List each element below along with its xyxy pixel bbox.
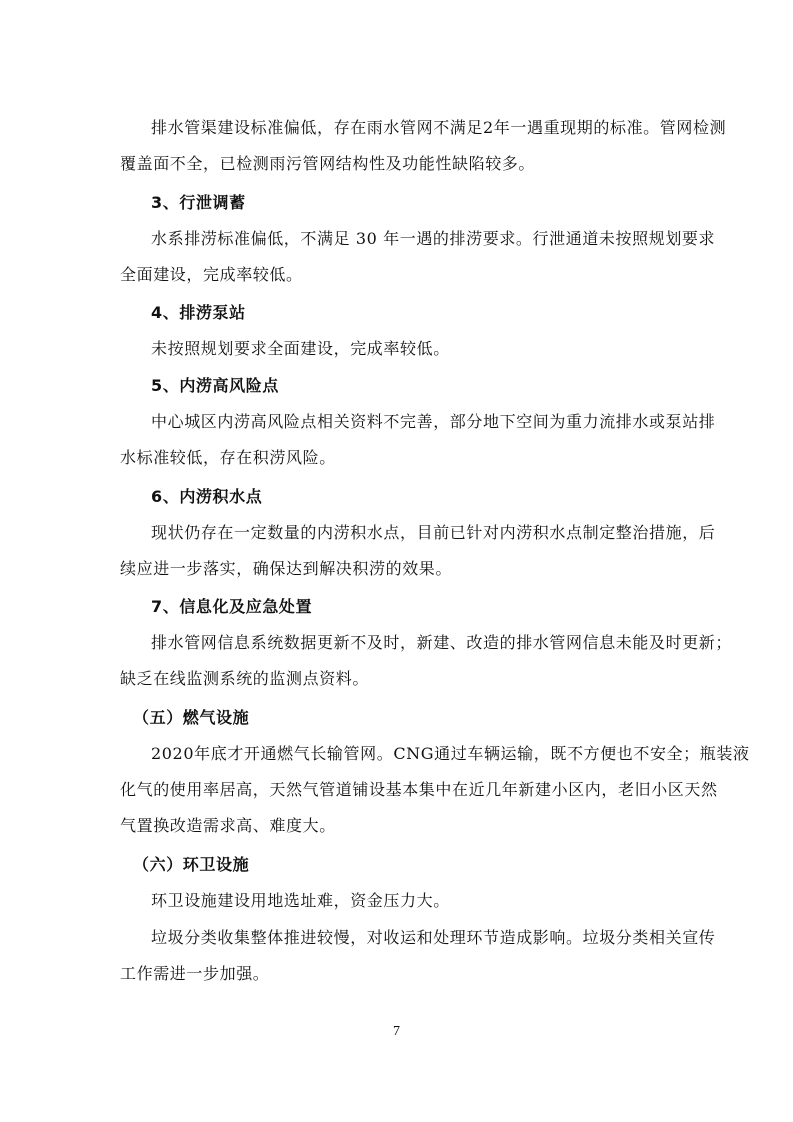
page-number: 7: [0, 1024, 793, 1040]
paragraph-line: 排水管网信息系统数据更新不及时，新建、改造的排水管网信息未能及时更新；: [151, 633, 711, 653]
paragraph-line: 环卫设施建设用地选址难，资金压力大。: [151, 891, 711, 911]
paragraph-line: 现状仍存在一定数量的内涝积水点，目前已针对内涝积水点制定整治措施，后: [151, 523, 711, 543]
paragraph-line: 2020年底才开通燃气长输管网。CNG通过车辆运输，既不方便也不安全；瓶装液: [151, 744, 711, 764]
section-heading: 6、内涝积水点: [151, 487, 711, 507]
paragraph-line: 全面建设，完成率较低。: [120, 265, 680, 285]
paragraph-line: 化气的使用率居高，天然气管道铺设基本集中在近几年新建小区内，老旧小区天然: [120, 780, 680, 800]
paragraph-line: 水标准较低，存在积涝风险。: [120, 448, 680, 468]
section-heading: 3、行泄调蓄: [151, 193, 711, 213]
paragraph-line: 工作需进一步加强。: [120, 964, 680, 984]
section-heading: 7、信息化及应急处置: [151, 597, 711, 617]
paragraph-line: 续应进一步落实，确保达到解决积涝的效果。: [120, 559, 680, 579]
paragraph-line: 排水管渠建设标准偏低，存在雨水管网不满足2年一遇重现期的标准。管网检测: [151, 118, 711, 138]
document-page: 排水管渠建设标准偏低，存在雨水管网不满足2年一遇重现期的标准。管网检测 覆盖面不…: [0, 0, 793, 1122]
section-heading: 4、排涝泵站: [151, 303, 711, 323]
paragraph-line: 气置换改造需求高、难度大。: [120, 816, 680, 836]
paragraph-line: 覆盖面不全，已检测雨污管网结构性及功能性缺陷较多。: [120, 154, 680, 174]
section-heading: （六）环卫设施: [133, 855, 693, 875]
paragraph-line: 垃圾分类收集整体推进较慢，对收运和处理环节造成影响。垃圾分类相关宣传: [151, 928, 711, 948]
paragraph-line: 中心城区内涝高风险点相关资料不完善，部分地下空间为重力流排水或泵站排: [151, 412, 711, 432]
paragraph-line: 水系排涝标准偏低，不满足 30 年一遇的排涝要求。行泄通道未按照规划要求: [151, 229, 711, 249]
section-heading: （五）燃气设施: [133, 708, 693, 728]
paragraph-line: 缺乏在线监测系统的监测点资料。: [120, 669, 680, 689]
section-heading: 5、内涝高风险点: [151, 376, 711, 396]
paragraph-line: 未按照规划要求全面建设，完成率较低。: [151, 339, 711, 359]
